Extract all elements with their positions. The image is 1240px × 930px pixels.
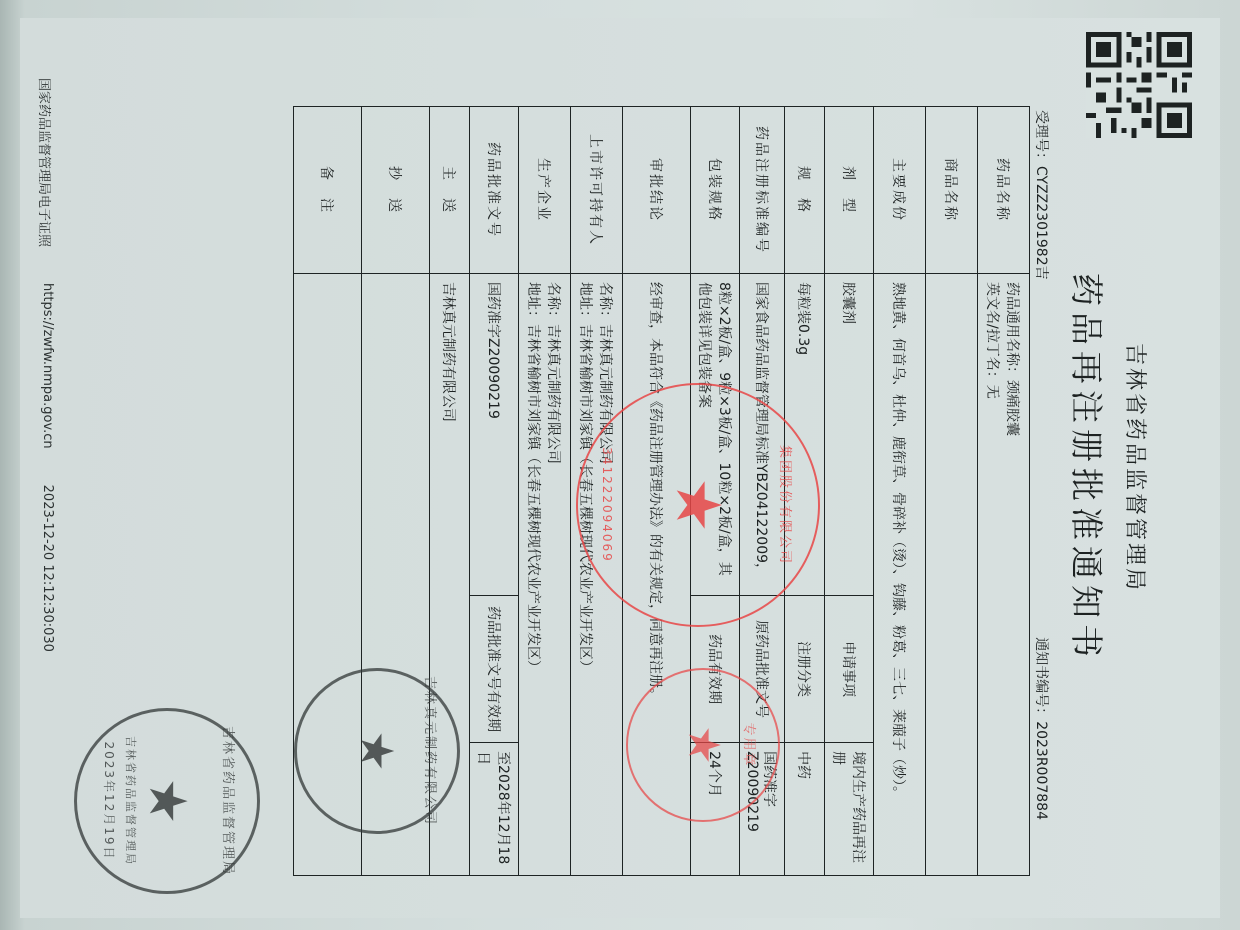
drug-english-name: 英文名/拉丁名：无 bbox=[984, 282, 1004, 867]
document-title: 药品再注册批准通知书 bbox=[1065, 18, 1112, 918]
authority-seal-date: 2023年12月19日 bbox=[101, 711, 118, 891]
classification-label: 申请事项 bbox=[825, 596, 874, 743]
main-recipient-label: 主 送 bbox=[430, 107, 470, 274]
authority-seal-text: 吉林省药品监督管理局 bbox=[220, 711, 239, 891]
table-row: 药品名称 药品通用名称：颈痛胶囊 英文名/拉丁名：无 bbox=[978, 107, 1030, 876]
authority-seal: 吉林省药品监督管理局 ★ 吉林省药品监督管理局 2023年12月19日 bbox=[74, 708, 260, 894]
red-small-seal-text: 专用章 bbox=[741, 670, 760, 820]
star-icon: ★ bbox=[354, 730, 400, 771]
notice-number-value: 2023R007884 bbox=[1033, 721, 1049, 820]
table-row: 药品批准文号 国药准字Z20090219 药品批准文号有效期 至2028年12月… bbox=[470, 107, 519, 876]
drug-name-label: 药品名称 bbox=[978, 107, 1030, 274]
dosage-form-value: 胶囊剂 bbox=[825, 274, 874, 596]
notice-number: 通知书编号：2023R007884 bbox=[1032, 637, 1052, 820]
acceptance-number: 受理号：CYZZ2301982吉 bbox=[1032, 110, 1052, 280]
table-row: 主要成份 熟地黄、何首乌、杜仲、鹿衔草、骨碎补（烫）、钩藤、粉葛、三七、莱菔子（… bbox=[874, 107, 926, 876]
approval-notice-document: 吉林省药品监督管理局 药品再注册批准通知书 受理号：CYZZ2301982吉 通… bbox=[20, 18, 1220, 918]
holder-label: 上市许可持有人 bbox=[571, 107, 623, 274]
standard-number-label: 药品注册标准编号 bbox=[740, 107, 785, 274]
company-seal: 吉林真元制药有限公司 ★ bbox=[294, 668, 460, 834]
approval-number-value: 国药准字Z20090219 bbox=[470, 274, 519, 596]
manufacturer-label: 生产企业 bbox=[519, 107, 571, 274]
star-icon: ★ bbox=[141, 778, 193, 825]
trade-name-label: 商品名称 bbox=[926, 107, 978, 274]
red-small-seal: 专用章 ★ bbox=[626, 668, 780, 822]
drug-common-name: 药品通用名称：颈痛胶囊 bbox=[1004, 282, 1024, 867]
trade-name-value bbox=[926, 274, 978, 876]
footer: 国家药品监督管理局电子证照 https://zwfw.nmpa.gov.cn 2… bbox=[36, 78, 55, 858]
main-ingredients-label: 主要成份 bbox=[874, 107, 926, 274]
table-row: 生产企业 名称：吉林真元制药有限公司 地址：吉林省榆树市刘家镇（长春五棵树现代农… bbox=[519, 107, 571, 876]
footer-source: 国家药品监督管理局电子证照 bbox=[36, 78, 55, 247]
approval-validity-label: 药品批准文号有效期 bbox=[470, 596, 519, 743]
acceptance-number-label: 受理号： bbox=[1033, 110, 1049, 166]
star-icon: ★ bbox=[681, 725, 725, 764]
holder-address: 地址：吉林省榆树市刘家镇（长春五棵树现代农业产业开发区） bbox=[577, 282, 597, 867]
registration-category-value: 中药 bbox=[785, 743, 825, 876]
main-ingredients-value: 熟地黄、何首乌、杜仲、鹿衔草、骨碎补（烫）、钩藤、粉葛、三七、莱菔子（炒）。 bbox=[874, 274, 926, 876]
remarks-label: 备 注 bbox=[294, 107, 362, 274]
footer-timestamp: 2023-12-20 12:12:30:030 bbox=[36, 485, 55, 652]
red-seal-text: 集团股份有限公司 bbox=[777, 385, 796, 625]
approval-number-label: 药品批准文号 bbox=[470, 107, 519, 274]
packaging-label: 包装规格 bbox=[691, 107, 740, 274]
conclusion-label: 审批结论 bbox=[623, 107, 691, 274]
approval-validity-value: 至2028年12月18日 bbox=[470, 743, 519, 876]
company-seal-text: 吉林真元制药有限公司 bbox=[422, 671, 441, 831]
footer-url: https://zwfw.nmpa.gov.cn bbox=[36, 283, 55, 449]
notice-number-label: 通知书编号： bbox=[1033, 637, 1049, 721]
authority-seal-subtext: 吉林省药品监督管理局 bbox=[123, 711, 139, 891]
manufacturer-value: 名称：吉林真元制药有限公司 地址：吉林省榆树市刘家镇（长春五棵树现代农业产业开发… bbox=[519, 274, 571, 876]
table-row: 剂 型 胶囊剂 申请事项 境内生产药品再注册 bbox=[825, 107, 874, 876]
table-row: 商品名称 bbox=[926, 107, 978, 876]
classification-value: 境内生产药品再注册 bbox=[825, 743, 874, 876]
manufacturer-address: 地址：吉林省榆树市刘家镇（长春五棵树现代农业产业开发区） bbox=[525, 282, 545, 867]
specification-label: 规 格 bbox=[785, 107, 825, 274]
dosage-form-label: 剂 型 bbox=[825, 107, 874, 274]
manufacturer-name: 名称：吉林真元制药有限公司 bbox=[545, 282, 565, 867]
acceptance-number-value: CYZZ2301982吉 bbox=[1033, 166, 1049, 280]
issuing-authority: 吉林省药品监督管理局 bbox=[1121, 18, 1152, 918]
cc-label: 抄 送 bbox=[362, 107, 430, 274]
drug-name-value: 药品通用名称：颈痛胶囊 英文名/拉丁名：无 bbox=[978, 274, 1030, 876]
red-company-seal: 集团股份有限公司 ★ 341222094069 bbox=[576, 383, 820, 627]
red-seal-number: 341222094069 bbox=[600, 385, 614, 625]
star-icon: ★ bbox=[667, 477, 729, 533]
